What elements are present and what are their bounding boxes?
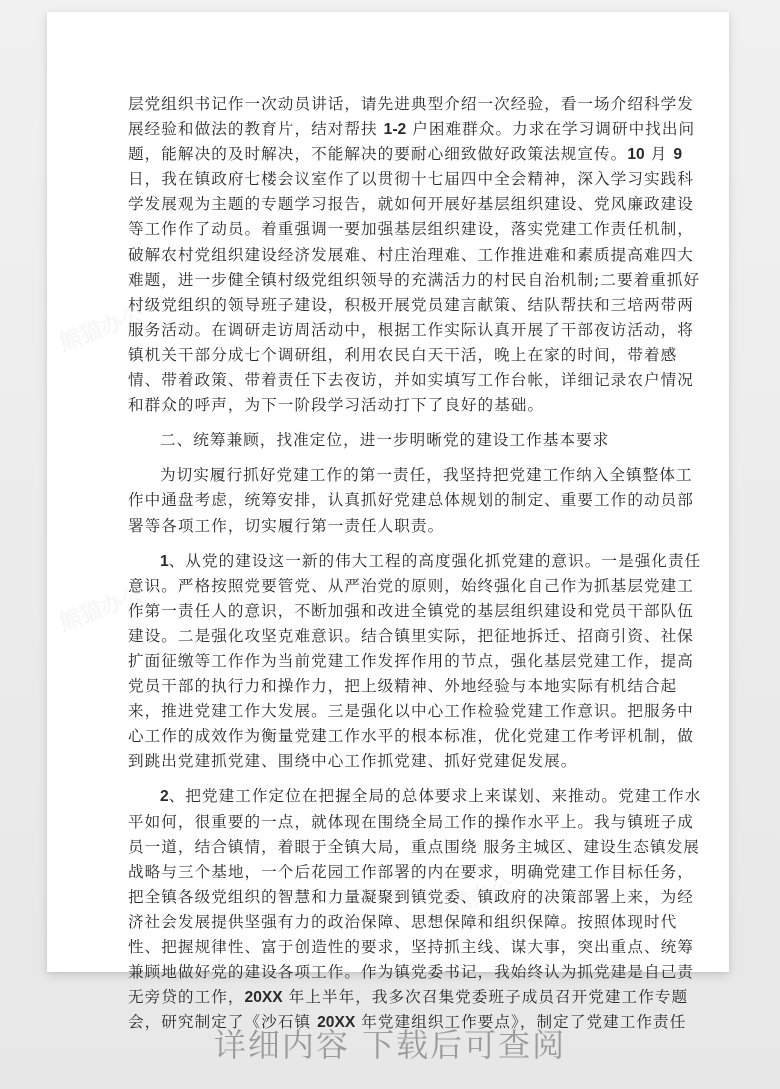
text-line: 意识。严格按照党要管党、从严治党的原则，始终强化自己作为抓基层党建工 xyxy=(128,574,653,599)
paragraph-spacer xyxy=(128,774,653,784)
document-page: 熊猫办公 熊猫办公 熊猫办公 层党组织书记作一次动员讲话，请先进典型介绍一次经验… xyxy=(47,12,729,972)
text-line: 情、带着政策、带着责任下去夜访，并如实填写工作台帐，详细记录农户情况 xyxy=(128,368,653,393)
text-line: 层党组织书记作一次动员讲话，请先进典型介绍一次经验，看一场介绍科学发 xyxy=(128,92,653,117)
text-line: 日，我在镇政府七楼会议室作了以贯彻十七届四中全会精神，深入学习实践科 xyxy=(128,167,653,192)
text-line: 和群众的呼声，为下一阶段学习活动打下了良好的基础。 xyxy=(128,393,653,418)
paragraph: 层党组织书记作一次动员讲话，请先进典型介绍一次经验，看一场介绍科学发展经验和做法… xyxy=(128,92,653,418)
text-line: 把全镇各级党组织的智慧和力量凝聚到镇党委、镇政府的决策部署上来，为经 xyxy=(128,885,653,910)
text-line: 济社会发展提供坚强有力的政治保障、思想保障和组织保障。按照体现时代 xyxy=(128,910,653,935)
text-line: 到跳出党建抓党建、围绕中心工作抓党建、抓好党建促发展。 xyxy=(128,749,653,774)
text-line: 展经验和做法的教育片，结对帮扶 1-2 户困难群众。力求在学习调研中找出问 xyxy=(128,117,653,142)
text-line: 题，能解决的及时解决，不能解决的要耐心细致做好政策法规宣传。10 月 9 xyxy=(128,142,653,167)
text-line: 学发展观为主题的专题学习报告，就如何开展好基层组织建设、党风廉政建设 xyxy=(128,192,653,217)
text-line: 署等各项工作，切实履行第一责任人职责。 xyxy=(128,514,653,539)
paragraph-spacer xyxy=(128,453,653,463)
text-line: 难题，进一步健全镇村级党组织领导的充满活力的村民自治机制;二要着重抓好 xyxy=(128,268,653,293)
text-line: 扩面征缴等工作作为当前党建工作发挥作用的节点，强化基层党建工作，提高 xyxy=(128,649,653,674)
text-line: 镇机关干部分成七个调研组，利用农民白天干活，晚上在家的时间，带着感 xyxy=(128,343,653,368)
section-heading: 二、统筹兼顾，找准定位，进一步明晰党的建设工作基本要求 xyxy=(128,428,653,453)
text-line: 无旁贷的工作，20XX 年上半年，我多次召集党委班子成员召开党建工作专题 xyxy=(128,985,653,1010)
text-line: 党员干部的执行力和操作力，把上级精神、外地经验与本地实际有机结合起 xyxy=(128,674,653,699)
text-line: 作中通盘考虑，统筹安排，认真抓好党建总体规划的制定、重要工作的动员部 xyxy=(128,488,653,513)
text-line: 等工作作了动员。着重强调一要加强基层组织建设，落实党建工作责任机制， xyxy=(128,217,653,242)
text-line: 1、从党的建设这一新的伟大工程的高度强化抓党建的意识。一是强化责任 xyxy=(128,549,653,574)
text-line: 性、把握规律性、富于创造性的要求，坚持抓主线、谋大事，突出重点、统筹 xyxy=(128,935,653,960)
text-line: 为切实履行抓好党建工作的第一责任，我坚持把党建工作纳入全镇整体工 xyxy=(128,463,653,488)
text-line: 心工作的成效作为衡量党建工作水平的根本标准，优化党建工作考评机制，做 xyxy=(128,724,653,749)
text-line: 作第一责任人的意识，不断加强和改进全镇党的基层组织建设和党员干部队伍 xyxy=(128,599,653,624)
paragraph: 为切实履行抓好党建工作的第一责任，我坚持把党建工作纳入全镇整体工作中通盘考虑，统… xyxy=(128,463,653,538)
paragraph-spacer xyxy=(128,539,653,549)
text-line: 破解农村党组织建设经济发展难、村庄治理难、工作推进难和素质提高难四大 xyxy=(128,243,653,268)
text-line: 二、统筹兼顾，找准定位，进一步明晰党的建设工作基本要求 xyxy=(128,428,653,453)
paragraph-spacer xyxy=(128,418,653,428)
text-line: 兼顾地做好党的建设各项工作。作为镇党委书记，我始终认为抓党建是自己责 xyxy=(128,960,653,985)
text-line: 服务活动。在调研走访周活动中，根据工作实际认真开展了干部夜访活动，将 xyxy=(128,318,653,343)
text-line: 村级党组织的领导班子建设，积极开展党员建言献策、结队帮扶和三培两带两 xyxy=(128,293,653,318)
text-line: 平如何，很重要的一点，就体现在围绕全局工作的操作水平上。我与镇班子成 xyxy=(128,810,653,835)
text-line: 战略与三个基地，一个后花园工作部署的内在要求，明确党建工作目标任务， xyxy=(128,860,653,885)
text-line: 2、把党建工作定位在把握全局的总体要求上来谋划、来推动。党建工作水 xyxy=(128,784,653,809)
text-line: 建设。二是强化攻坚克难意识。结合镇里实际，把征地拆迁、招商引资、社保 xyxy=(128,624,653,649)
paragraph: 1、从党的建设这一新的伟大工程的高度强化抓党建的意识。一是强化责任意识。严格按照… xyxy=(128,549,653,775)
text-line: 员一道，结合镇情，着眼于全镇大局，重点围绕 服务主城区、建设生态镇发展 xyxy=(128,835,653,860)
download-prompt-caption: 详细内容 下载后可查阅 xyxy=(0,1020,780,1066)
document-body: 层党组织书记作一次动员讲话，请先进典型介绍一次经验，看一场介绍科学发展经验和做法… xyxy=(128,92,653,1035)
text-line: 来，推进党建工作大发展。三是强化以中心工作检验党建工作意识。把服务中 xyxy=(128,699,653,724)
paragraph: 2、把党建工作定位在把握全局的总体要求上来谋划、来推动。党建工作水平如何，很重要… xyxy=(128,784,653,1035)
